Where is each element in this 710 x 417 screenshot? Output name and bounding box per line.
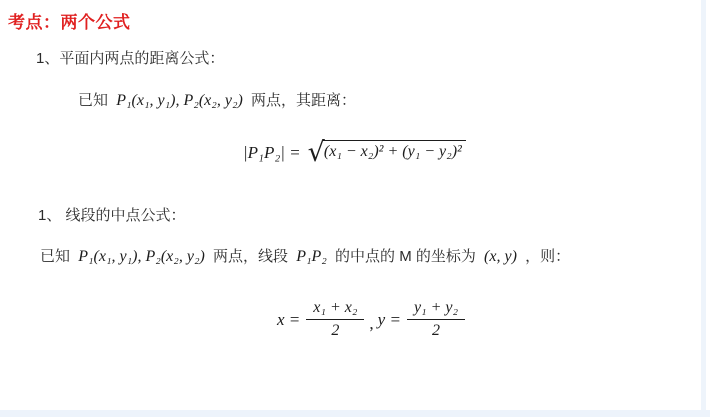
x-equation-lhs: x = xyxy=(277,310,300,330)
page-edge-bottom xyxy=(0,410,710,417)
fraction-numerator: y₁ + y₂ xyxy=(407,299,465,320)
math-run: P₁P₂ xyxy=(296,248,327,265)
text-run: 的中点的 M 的坐标为 xyxy=(335,248,476,265)
x-fraction: x₁ + x₂ 2 xyxy=(306,299,364,341)
radicand: (x₁ − x₂)² + (y₁ − y₂)² xyxy=(322,140,466,161)
fraction-numerator: x₁ + x₂ xyxy=(306,299,364,320)
text-run: 已知 xyxy=(78,92,108,109)
y-equation-lhs: y = xyxy=(378,310,401,330)
page-edge-right xyxy=(701,0,706,417)
distance-formula: |P₁P₂| = √ (x₁ − x₂)² + (y₁ − y₂)² xyxy=(243,139,466,166)
section1-heading: 1、平面内两点的距离公式： xyxy=(36,47,224,68)
section2-given-line: 已知 P₁(x₁, y₁), P₂(x₂, y₂) 两点，线段 P₁P₂ 的中点… xyxy=(40,245,570,266)
math-run: P₁(x₁, y₁), P₂(x₂, y₂) xyxy=(116,92,243,109)
page-title: 考点：两个公式 xyxy=(8,8,131,33)
text-run: ，则： xyxy=(525,248,570,265)
section1-given-line: 已知 P₁(x₁, y₁), P₂(x₂, y₂) 两点，其距离： xyxy=(78,89,356,110)
document-page: 考点：两个公式 1、平面内两点的距离公式： 已知 P₁(x₁, y₁), P₂(… xyxy=(0,0,710,417)
formula-lhs: |P₁P₂| = xyxy=(243,143,301,163)
equation-separator: , xyxy=(369,314,373,334)
section2-heading: 1、 线段的中点公式： xyxy=(38,204,186,225)
fraction-denominator: 2 xyxy=(331,320,339,340)
math-run: (x, y) xyxy=(484,248,517,265)
y-fraction: y₁ + y₂ 2 xyxy=(407,299,465,341)
text-run: 两点，其距离： xyxy=(251,92,356,109)
math-run: P₁(x₁, y₁), P₂(x₂, y₂) xyxy=(78,248,205,265)
text-run: 两点，线段 xyxy=(213,248,288,265)
square-root: √ (x₁ − x₂)² + (y₁ − y₂)² xyxy=(308,139,466,166)
fraction-denominator: 2 xyxy=(432,320,440,340)
midpoint-formula: x = x₁ + x₂ 2 , y = y₁ + y₂ 2 xyxy=(277,299,469,341)
text-run: 已知 xyxy=(40,248,70,265)
